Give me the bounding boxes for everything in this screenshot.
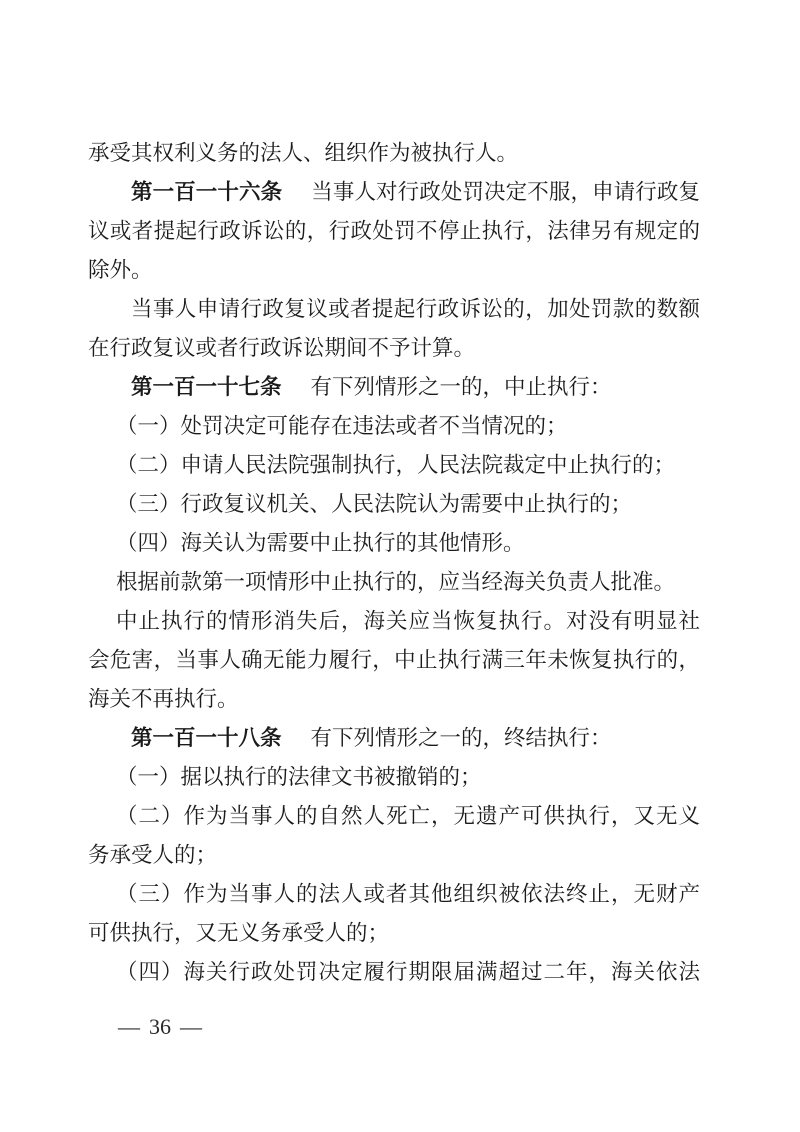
article-term: 第一百一十七条 bbox=[131, 375, 282, 399]
text-line-item-4: （四）海关认为需要中止执行的其他情形。 bbox=[88, 524, 700, 563]
text-line-item-3: （三）行政复议机关、人民法院认为需要中止执行的； bbox=[88, 485, 700, 524]
text-line: 根据前款第一项情形中止执行的，应当经海关负责人批准。 bbox=[88, 563, 700, 602]
text-line: 议或者提起行政诉讼的，行政处罚不停止执行，法律另有规定的 bbox=[88, 212, 700, 251]
text-line: 在行政复议或者行政诉讼期间不予计算。 bbox=[88, 329, 700, 368]
text-line-item-4: （四）海关行政处罚决定履行期限届满超过二年，海关依法 bbox=[88, 953, 700, 992]
text-line: 中止执行的情形消失后，海关应当恢复执行。对没有明显社 bbox=[88, 602, 700, 641]
line-text: 有下列情形之一的，终结执行： bbox=[311, 726, 612, 750]
text-line: 承受其权利义务的法人、组织作为被执行人。 bbox=[88, 134, 700, 173]
footer-dash-right: — bbox=[180, 1012, 202, 1042]
text-line-article-117: 第一百一十七条有下列情形之一的，中止执行： bbox=[88, 368, 700, 407]
text-line: 海关不再执行。 bbox=[88, 680, 700, 719]
article-term: 第一百一十八条 bbox=[131, 726, 282, 750]
text-line-article-118: 第一百一十八条有下列情形之一的，终结执行： bbox=[88, 719, 700, 758]
text-line: 务承受人的； bbox=[88, 836, 700, 875]
body-text: 承受其权利义务的法人、组织作为被执行人。 第一百一十六条当事人对行政处罚决定不服… bbox=[88, 134, 700, 992]
footer-dash-left: — bbox=[118, 1012, 140, 1042]
document-page: 承受其权利义务的法人、组织作为被执行人。 第一百一十六条当事人对行政处罚决定不服… bbox=[0, 0, 800, 1132]
article-term: 第一百一十六条 bbox=[131, 180, 282, 204]
text-line-item-2: （二）作为当事人的自然人死亡，无遗产可供执行，又无义 bbox=[88, 797, 700, 836]
text-line: 会危害，当事人确无能力履行，中止执行满三年未恢复执行的， bbox=[88, 641, 700, 680]
text-line-item-1: （一）据以执行的法律文书被撤销的； bbox=[88, 758, 700, 797]
line-text: 当事人对行政处罚决定不服，申请行政复 bbox=[311, 180, 700, 204]
text-line-item-1: （一）处罚决定可能存在违法或者不当情况的； bbox=[88, 407, 700, 446]
text-line-item-3: （三）作为当事人的法人或者其他组织被依法终止，无财产 bbox=[88, 875, 700, 914]
text-line: 当事人申请行政复议或者提起行政诉讼的，加处罚款的数额 bbox=[88, 290, 700, 329]
text-line-article-116: 第一百一十六条当事人对行政处罚决定不服，申请行政复 bbox=[88, 173, 700, 212]
page-footer: — 36 — bbox=[118, 1012, 202, 1042]
line-text: 有下列情形之一的，中止执行： bbox=[311, 375, 612, 399]
text-line-item-2: （二）申请人民法院强制执行，人民法院裁定中止执行的； bbox=[88, 446, 700, 485]
text-line: 可供执行，又无义务承受人的； bbox=[88, 914, 700, 953]
page-number: 36 bbox=[149, 1012, 171, 1042]
text-line: 除外。 bbox=[88, 251, 700, 290]
